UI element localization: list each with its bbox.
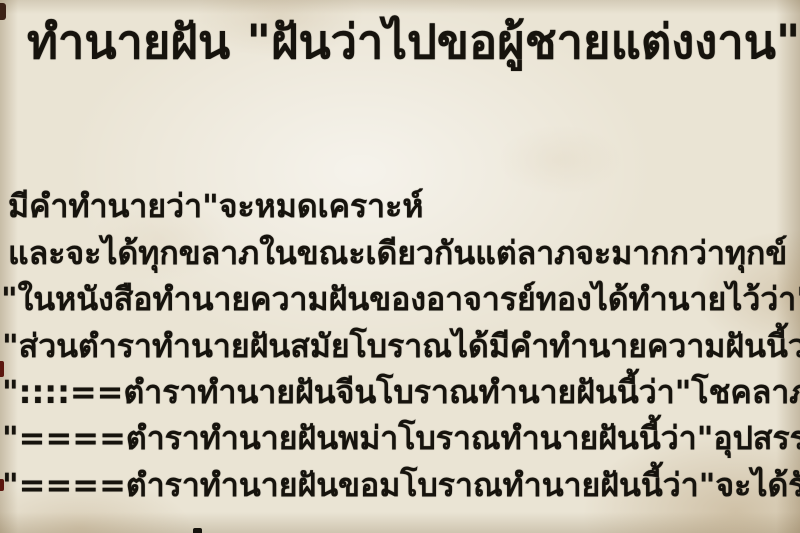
body-line: "====ตำราทำนายฝันขอมโบราณทำนายฝันนี้ว่า"… [2,461,800,509]
parchment-page: ทำนายฝัน "ฝันว่าไปขอผู้ชายแต่งงาน" มีคำท… [0,0,800,533]
body-line: "====ตำราทำนายฝันพม่าโบราณทำนายฝันนี้ว่า… [2,414,800,462]
body-line: "ในหนังสือทำนายความฝันของอาจารย์ทองได้ทำ… [1,275,800,323]
paper-edge-mark [0,479,4,491]
body-line: "ส่วนตำราทำนายฝันสมัยโบราณได้มีคำทำนายคว… [2,322,800,370]
paper-edge-mark [0,3,6,20]
paper-edge-mark [0,361,4,377]
clipped-next-line-mark [193,528,202,533]
body-line: มีคำทำนายว่า"จะหมดเคราะห์ [8,182,423,230]
body-line: และจะได้ทุกขลาภในขณะเดียวกันแต่ลาภจะมากก… [8,229,787,277]
body-line: "::::==ตำราทำนายฝันจีนโบราณทำนายฝันนี้ว่… [2,368,800,416]
page-title: ทำนายฝัน "ฝันว่าไปขอผู้ชายแต่งงาน" [27,8,800,79]
